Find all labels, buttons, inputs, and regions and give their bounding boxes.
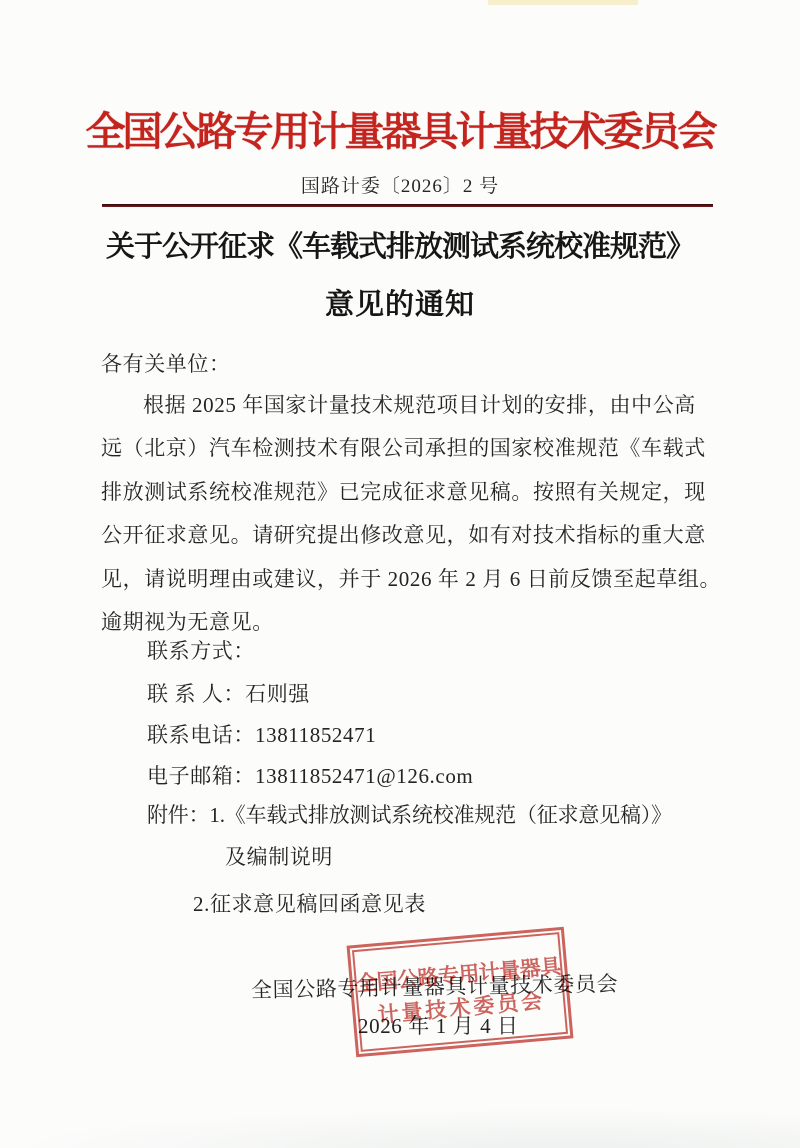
scan-artifact-top: [488, 0, 638, 5]
notice-title-line1: 关于公开征求《车载式排放测试系统校准规范》: [0, 224, 800, 265]
contact-phone: 联系电话：13811852471: [147, 720, 376, 750]
document-number: 国路计委〔2026〕2 号: [0, 171, 800, 198]
paragraph-line: 远（北京）汽车检测技术有限公司承担的国家校准规范《车载式: [101, 427, 715, 470]
contact-email: 电子邮箱：13811852471@126.com: [147, 761, 473, 791]
attachment-line2: 及编制说明: [225, 842, 333, 872]
paragraph-line: 见，请说明理由或建议，并于 2026 年 2 月 6 日前反馈至起草组。: [101, 558, 715, 601]
body-paragraph: 根据 2025 年国家计量技术规范项目计划的安排，由中公高 远（北京）汽车检测技…: [101, 384, 715, 644]
contact-section-heading: 联系方式：: [147, 636, 255, 666]
paragraph-line: 根据 2025 年国家计量技术规范项目计划的安排，由中公高: [101, 384, 715, 427]
scan-artifact-bottom: [0, 1108, 800, 1148]
salutation: 各有关单位：: [101, 348, 231, 378]
contact-person: 联 系 人：石则强: [147, 679, 310, 709]
scanned-notice-page: 全国公路专用计量器具计量技术委员会 国路计委〔2026〕2 号 关于公开征求《车…: [0, 0, 800, 1148]
letterhead-divider-line: [102, 204, 713, 207]
stamp-text-line2: 计量技术委员会: [377, 991, 546, 1027]
official-red-stamp: 全国公路专用计量器具 计量技术委员会: [347, 927, 574, 1058]
notice-title-line2: 意见的通知: [0, 282, 800, 323]
attachment-line1: 附件：1.《车载式排放测试系统校准规范（征求意见稿）》: [147, 800, 672, 830]
attachment-line3: 2.征求意见稿回函意见表: [193, 889, 426, 919]
issuing-org-letterhead: 全国公路专用计量器具计量技术委员会: [0, 100, 800, 157]
paragraph-line: 排放测试系统校准规范》已完成征求意见稿。按照有关规定，现: [101, 471, 715, 514]
paragraph-line: 公开征求意见。请研究提出修改意见，如有对技术指标的重大意: [101, 514, 715, 557]
stamp-inner-border: 全国公路专用计量器具 计量技术委员会: [352, 932, 568, 1052]
